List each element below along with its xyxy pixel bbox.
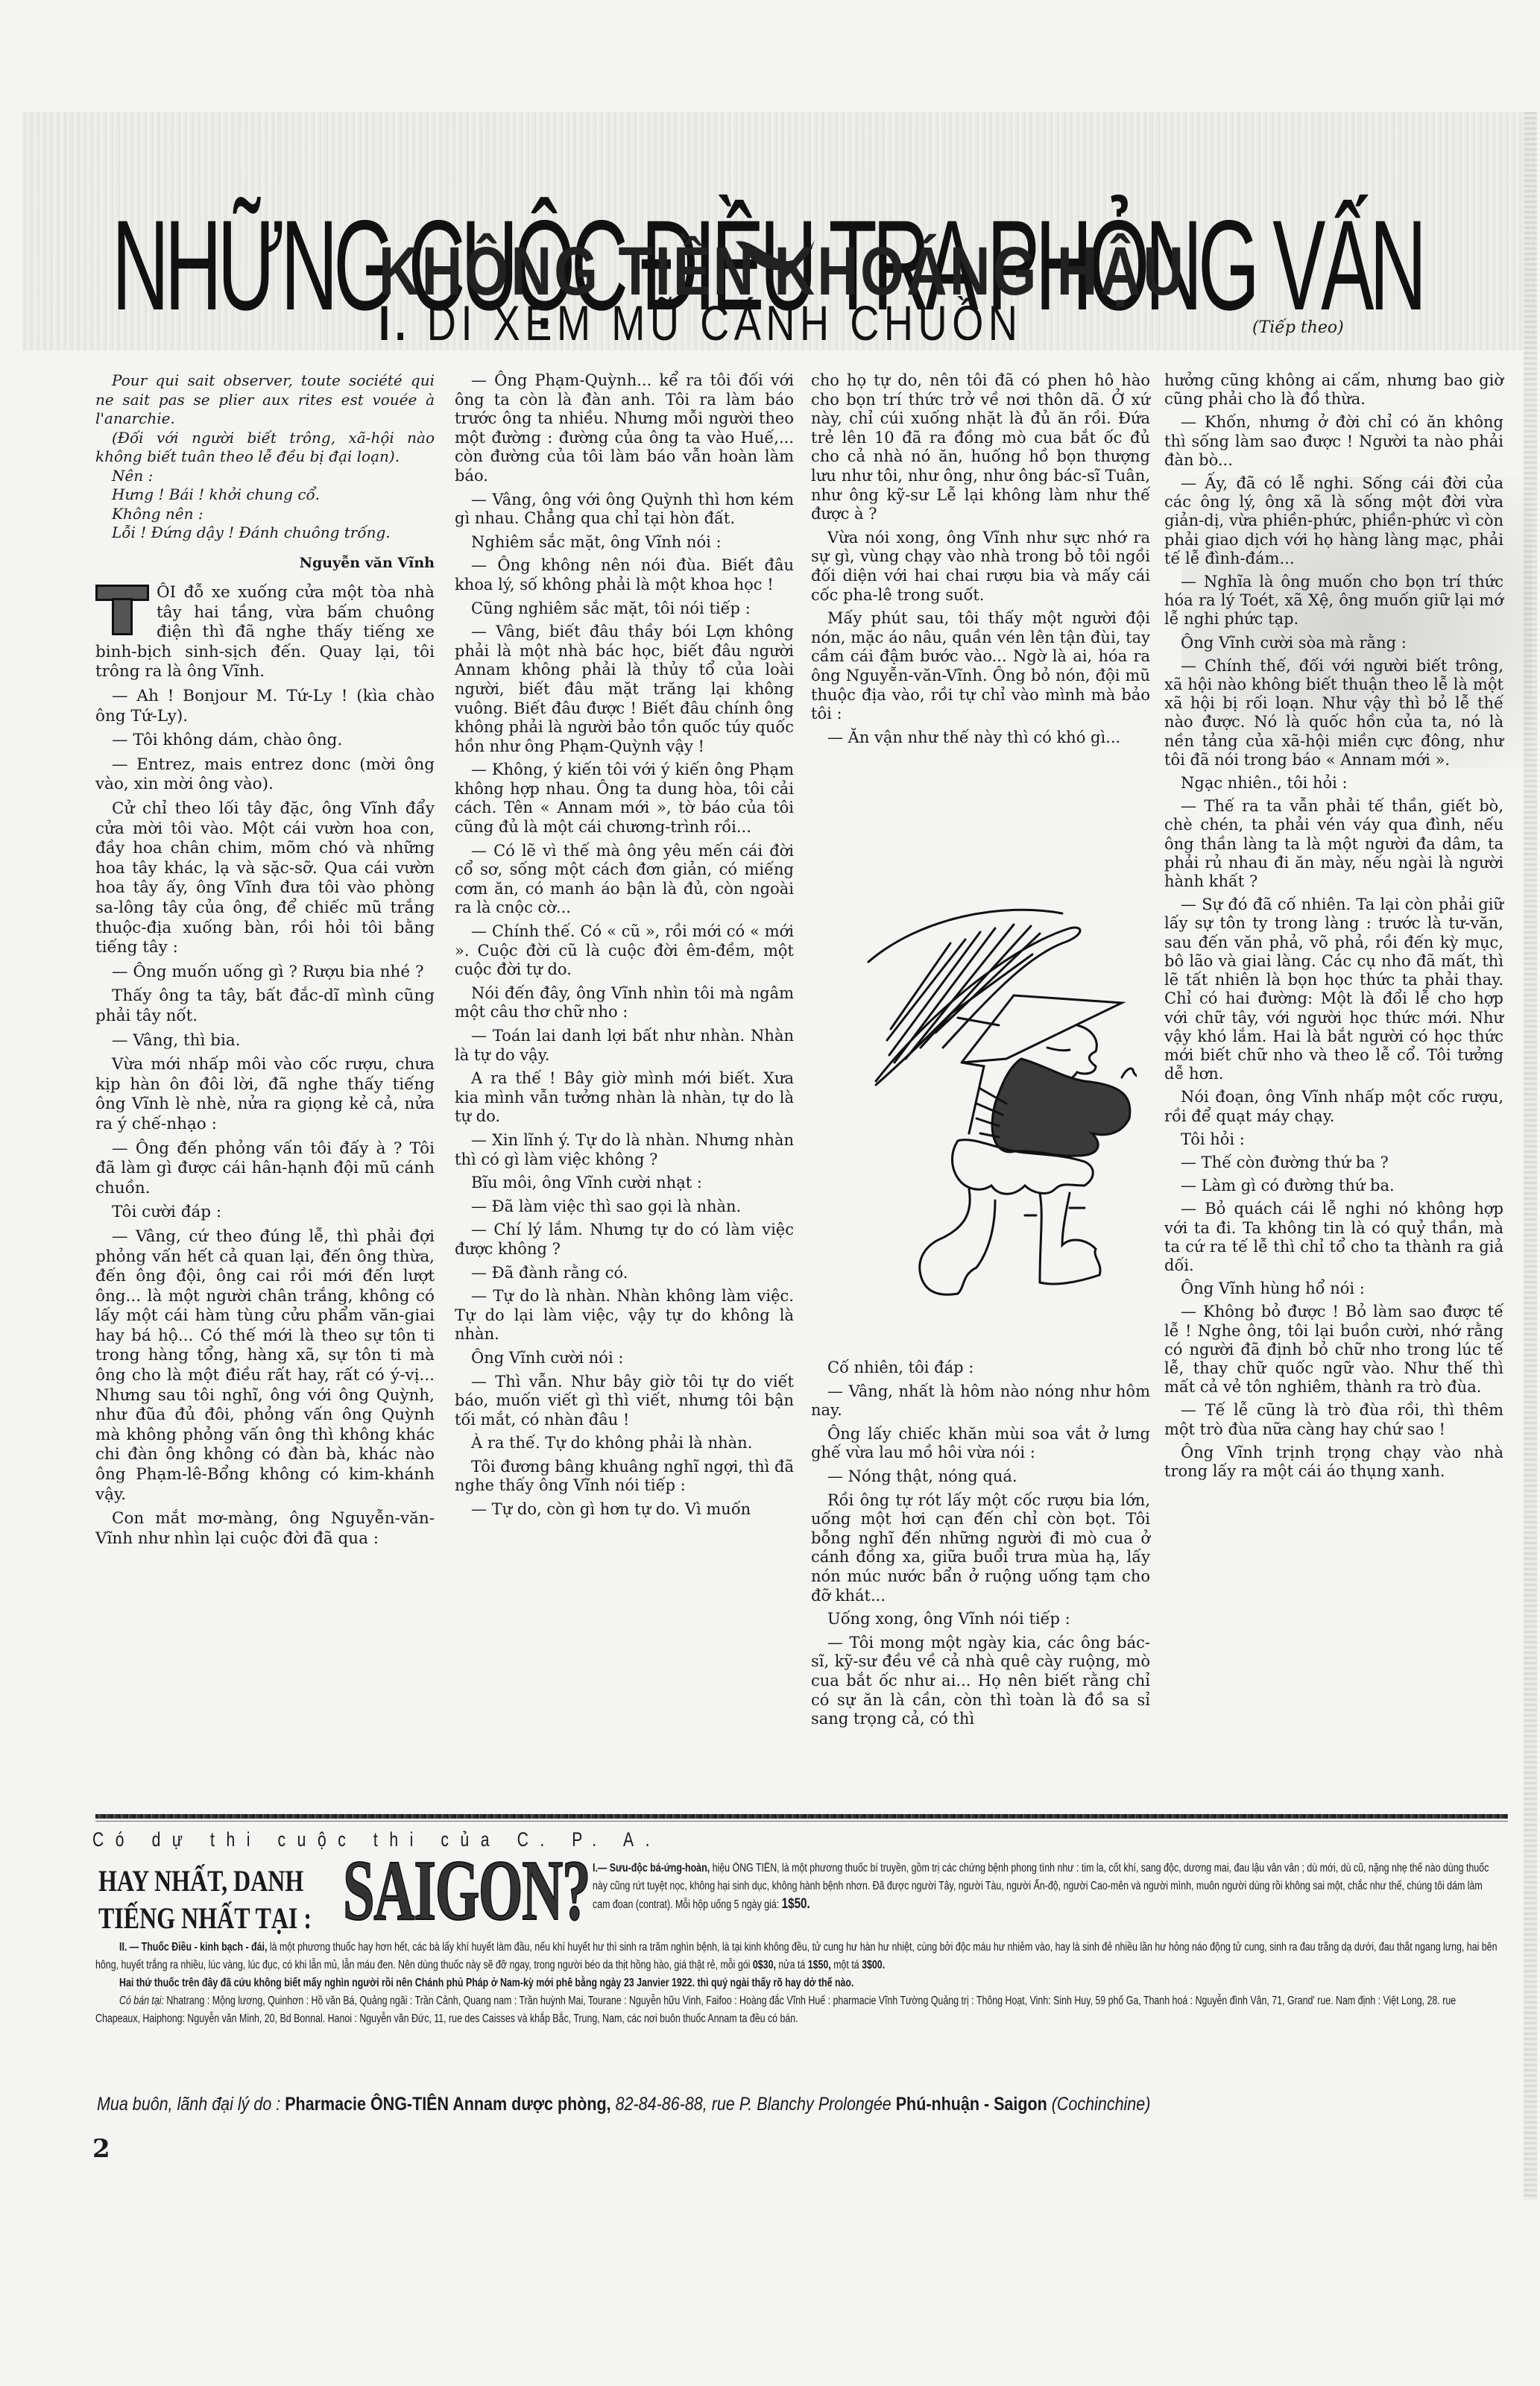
paragraph: Cố nhiên, tôi đáp : xyxy=(811,1359,1150,1378)
paragraph: — Vâng, thì bia. xyxy=(95,1031,435,1051)
paragraph: — Ăn vận như thế này thì có khó gì... xyxy=(811,728,1150,748)
paragraph: Nghiêm sắc mặt, ông Vĩnh nói : xyxy=(455,533,794,553)
dropcap-t-icon xyxy=(95,585,149,635)
paragraph: — Nghĩa là ông muốn cho bọn trí thức hóa… xyxy=(1164,573,1503,629)
paragraph: — Tôi không dám, chào ông. xyxy=(95,731,435,751)
paragraph: A ra thế ! Bây giờ mình mới biết. Xưa ki… xyxy=(455,1069,794,1127)
paragraph: Rồi ông tự rót lấy một cốc rượu bia lớn,… xyxy=(811,1491,1150,1606)
paragraph: — Ông đến phỏng vấn tôi đấy à ? Tôi đã l… xyxy=(95,1139,435,1199)
paragraph: À ra thế. Tự do không phải là nhàn. xyxy=(455,1434,794,1453)
paragraph: — Tế lễ cũng là trò đùa rồi, thì thêm mộ… xyxy=(1164,1401,1503,1438)
paragraph: — Vâng, nhất là hôm nào nóng như hôm nay… xyxy=(811,1382,1150,1420)
paragraph: — Không bỏ được ! Bỏ làm sao được tế lễ … xyxy=(1164,1303,1503,1397)
epigraph-khong-nen-text: Lỗi ! Đứng dậy ! Đánh chuông trống. xyxy=(95,523,435,543)
paragraph: — Sự đó đã cố nhiên. Ta lại còn phải giữ… xyxy=(1164,895,1503,1083)
paragraph: Ông Vĩnh cười sòa mà rằng : xyxy=(1164,634,1503,652)
paragraph: — Không, ý kiến tôi với ý kiến ông Phạm … xyxy=(455,761,794,837)
paragraph: Ông Vĩnh hùng hổ nói : xyxy=(1164,1279,1503,1298)
paragraph: — Ông không nên nói đùa. Biết đâu khoa l… xyxy=(455,556,794,594)
section-title: I. DI XEM MŨ CÁNH CHUỒN xyxy=(379,298,1022,347)
column-3: cho họ tự do, nên tôi đã có phen hô hào … xyxy=(811,371,1150,752)
paragraph: — Vâng, biết đâu thầy bói Lợn không phải… xyxy=(455,623,794,756)
paragraph: Vừa mới nhấp môi vào cốc rượu, chưa kịp … xyxy=(95,1055,435,1134)
paragraph: — Thì vẫn. Như bây giờ tôi tự do viết bá… xyxy=(455,1373,794,1430)
ad-saigon-wordmark: SAIGON? xyxy=(343,1848,590,1934)
ad-body: II. — Thuốc Điều - kinh bạch - đái, là m… xyxy=(95,1939,1503,2028)
paragraph: Mấy phút sau, tôi thấy một người đội nón… xyxy=(811,609,1150,724)
ad-approval: Hai thứ thuốc trên đây đã cứu không biết… xyxy=(95,1974,1503,1992)
paragraph: — Nóng thật, nóng quá. xyxy=(811,1467,1150,1487)
tilde-ornament-icon xyxy=(734,237,816,273)
author-byline: Nguyễn văn Vĩnh xyxy=(95,553,435,573)
paragraph: — Thế còn đường thứ ba ? xyxy=(1164,1153,1503,1172)
paragraph: — Tôi mong một ngày kia, các ông bác-sĩ,… xyxy=(811,1634,1150,1729)
paragraph: — Có lẽ vì thế mà ông yêu mến cái đời cổ… xyxy=(455,842,794,918)
paragraph: Cũng nghiêm sắc mặt, tôi nói tiếp : xyxy=(455,599,794,619)
epigraph-nen-text: Hưng ! Bái ! khởi chung cổ. xyxy=(95,485,435,505)
epigraph-nen-label: Nên : xyxy=(95,467,435,486)
paragraph: Bĩu môi, ông Vĩnh cười nhạt : xyxy=(455,1174,794,1193)
divider xyxy=(95,1814,1508,1819)
paragraph: — Chí lý lắm. Nhưng tự do có làm việc đư… xyxy=(455,1221,794,1259)
paragraph: — Đã làm việc thì sao gọi là nhàn. xyxy=(455,1197,794,1217)
divider xyxy=(95,1821,1508,1822)
paragraph: — Xin lĩnh ý. Tự do là nhàn. Nhưng nhàn … xyxy=(455,1131,794,1169)
paragraph: Vừa nói xong, ông Vĩnh như sực nhớ ra sự… xyxy=(811,529,1150,605)
paragraph: — Toán lai danh lợi bất như nhàn. Nhàn l… xyxy=(455,1027,794,1065)
ad-headline: HAY NHẤT, DANH TIẾNG NHẤT TẠI : xyxy=(98,1863,312,1937)
paragraph: Tôi cười đáp : xyxy=(95,1203,435,1223)
paragraph: Ngạc nhiên., tôi hỏi : xyxy=(1164,774,1503,793)
paragraph: cho họ tự do, nên tôi đã có phen hô hào … xyxy=(811,371,1150,524)
column-3-continued: Cố nhiên, tôi đáp : — Vâng, nhất là hôm … xyxy=(811,1359,1150,1734)
ad-footer: Mua buôn, lãnh đại lý do : Pharmacie ÔNG… xyxy=(97,2094,1150,2115)
epigraph: Pour qui sait observer, toute société qu… xyxy=(95,371,435,543)
column-1: Pour qui sait observer, toute société qu… xyxy=(95,371,435,1553)
paragraph: Tôi đương bâng khuâng nghĩ ngợi, thì đã … xyxy=(455,1458,794,1496)
column-2: — Ông Phạm-Quỳnh... kể ra tôi đối với ôn… xyxy=(455,371,794,1524)
paragraph: Ông lấy chiếc khăn mùi soa vắt ở lưng gh… xyxy=(811,1425,1150,1463)
epigraph-french: Pour qui sait observer, toute société qu… xyxy=(95,371,435,429)
ad-sold-at: Có bán tại: Nhatrang : Mộng lương, Quinh… xyxy=(95,1992,1503,2028)
paragraph: — Chính thế. Có « cũ », rồi mới có « mới… xyxy=(455,922,794,980)
paragraph: — Entrez, mais entrez donc (mời ông vào,… xyxy=(95,755,435,795)
paragraph: — Ông muốn uống gì ? Rượu bia nhé ? xyxy=(95,963,435,983)
paragraph: — Bỏ quách cái lễ nghi nó không hợp với … xyxy=(1164,1200,1503,1275)
paragraph: Nói đến đây, ông Vĩnh nhìn tôi mà ngâm m… xyxy=(455,984,794,1022)
epigraph-khong-nen-label: Không nên : xyxy=(95,505,435,524)
paragraph: — Chính thế, đối với người biết trông, x… xyxy=(1164,657,1503,769)
paragraph: Thấy ông ta tây, bất đắc-dĩ mình cũng ph… xyxy=(95,986,435,1026)
column-4: hưởng cũng không ai cấm, nhưng bao giờ c… xyxy=(1164,371,1503,1485)
paragraph: — Ah ! Bonjour M. Tứ-Ly ! (kìa chào ông … xyxy=(95,687,435,726)
continued-label: (Tiếp theo) xyxy=(1252,318,1344,337)
paragraph: — Làm gì có đường thứ ba. xyxy=(1164,1177,1503,1195)
lead-paragraph: ÔI đỗ xe xuống cửa một tòa nhà tây hai t… xyxy=(95,583,435,682)
paragraph: Uống xong, ông Vĩnh nói tiếp : xyxy=(811,1610,1150,1629)
paragraph: Tôi hỏi : xyxy=(1164,1130,1503,1149)
paragraph: Nói đoạn, ông Vĩnh nhấp một cốc rượu, rồ… xyxy=(1164,1088,1503,1125)
paragraph: — Đã đành rằng có. xyxy=(455,1264,794,1283)
scan-edge xyxy=(1524,112,1537,2200)
page-number: 2 xyxy=(92,2134,110,2164)
paragraph: — Tự do, còn gì hơn tự do. Vì muốn xyxy=(455,1500,794,1520)
paragraph: — Vâng, ông với ông Quỳnh thì hơn kém gì… xyxy=(455,491,794,529)
paragraph: Con mắt mơ-màng, ông Nguyễn-văn-Vĩnh như… xyxy=(95,1509,435,1549)
paragraph: hưởng cũng không ai cấm, nhưng bao giờ c… xyxy=(1164,371,1503,409)
cartoon-illustration xyxy=(839,880,1137,1320)
paragraph: — Ấy, đã có lễ nghi. Sống cái đời của cá… xyxy=(1164,474,1503,568)
epigraph-vietnamese: (Đối với người biết trông, xã-hội nào kh… xyxy=(95,429,435,467)
paragraph: — Tự do là nhàn. Nhàn không làm việc. Tự… xyxy=(455,1287,794,1344)
paragraph: Ông Vĩnh cười nói : xyxy=(455,1349,794,1368)
paragraph: — Ông Phạm-Quỳnh... kể ra tôi đối với ôn… xyxy=(455,371,794,486)
ad-item-1: I.— Sưu-độc bá-ứng-hoàn, hiệu ÔNG TIÊN, … xyxy=(593,1860,1502,1914)
paragraph: — Khốn, nhưng ở đời chỉ có ăn không thì … xyxy=(1164,413,1503,470)
paragraph: Ông Vĩnh trịnh trọng chạy vào nhà trong … xyxy=(1164,1444,1503,1481)
paragraph: — Thế ra ta vẫn phải tế thần, giết bò, c… xyxy=(1164,797,1503,891)
ad-item-2: II. — Thuốc Điều - kinh bạch - đái, là m… xyxy=(95,1939,1503,1974)
paragraph: Cử chỉ theo lối tây đặc, ông Vĩnh đẩy cử… xyxy=(95,799,435,958)
paragraph: — Vâng, cứ theo đúng lễ, thì phải đợi ph… xyxy=(95,1227,435,1505)
